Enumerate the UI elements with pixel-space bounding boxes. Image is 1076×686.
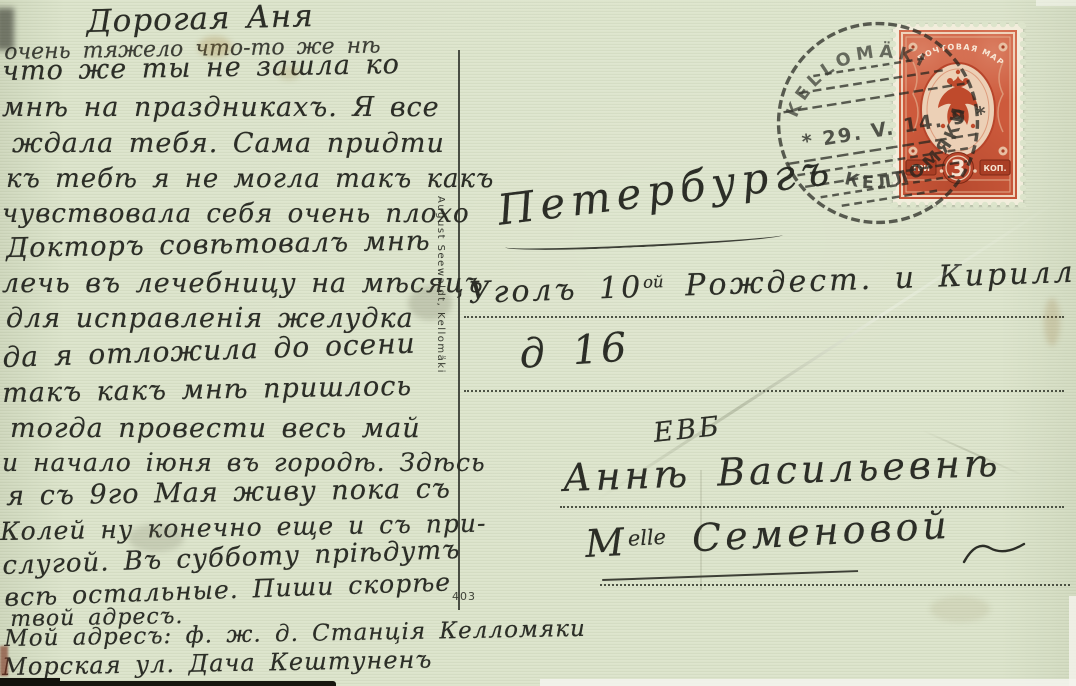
stain [278, 66, 300, 80]
address-rule-3 [560, 506, 1064, 508]
flourish-mark [960, 536, 1030, 570]
message-line: къ тебѣ я не могла такъ какъ [6, 164, 494, 194]
stain [408, 286, 452, 320]
perforation-right [1019, 22, 1027, 207]
recipient2-text: М [584, 520, 629, 566]
scan-edge-light [1036, 0, 1076, 6]
recipient2-underline [602, 565, 858, 581]
address-honorific: ЕВБ [652, 411, 723, 449]
address-street-line: Уголъ 10ой Рождест. и Кирилловской [468, 252, 1076, 316]
postmark: KELLOMÄKI КЕЛЛОМЯКИ * 29. V. 14. 9 * [739, 0, 1017, 258]
stain [198, 36, 232, 58]
address-rule-1 [464, 316, 1064, 318]
message-line: чувствовала себя очень плохо [2, 199, 470, 229]
message-line: и начало іюня въ городѣ. Здѣсь [2, 448, 486, 477]
scan-edge-dark [0, 681, 336, 686]
message-line: я съ 9го Мая живу пока съ [6, 473, 451, 512]
catalog-number: 403 [452, 590, 476, 603]
stain [930, 596, 990, 622]
postcard-scan: August Seewaldt, Kellomäki 403 Дорогая А… [0, 0, 1076, 686]
stain [1044, 298, 1060, 346]
address-rule-4 [600, 584, 1070, 586]
postmark-top-text: KELLOMÄKI [774, 32, 939, 123]
address-recipient-2: Мelle Семеновой [584, 503, 952, 566]
message-line: Докторъ совѣтовалъ мнѣ [6, 226, 431, 264]
city-underline [505, 234, 783, 253]
recipient2-sup: elle [627, 525, 666, 551]
message-line: что же ты не зашла ко [2, 49, 400, 87]
street-text: Уголъ 10 [468, 270, 644, 311]
scan-edge-light [540, 679, 1076, 686]
recipient2-text: Семеновой [665, 503, 952, 562]
message-salutation: Дорогая Аня [86, 0, 314, 40]
address-rule-2 [464, 390, 1064, 392]
address-house: д 16 [518, 324, 631, 378]
address-recipient: Аннѣ Васильевнѣ [562, 441, 1002, 500]
message-line: такъ какъ мнѣ пришлось [2, 371, 412, 409]
street-text: Рождест. и Кириллов [663, 253, 1076, 304]
stain [128, 524, 184, 552]
scan-edge-light [1069, 596, 1076, 686]
message-line: мнѣ на праздникахъ. Я все [2, 92, 440, 123]
message-line: ждала тебя. Сама придти [12, 128, 445, 159]
message-line: тогда провести весь май [10, 413, 421, 444]
street-ordinal-sup: ой [643, 272, 664, 292]
